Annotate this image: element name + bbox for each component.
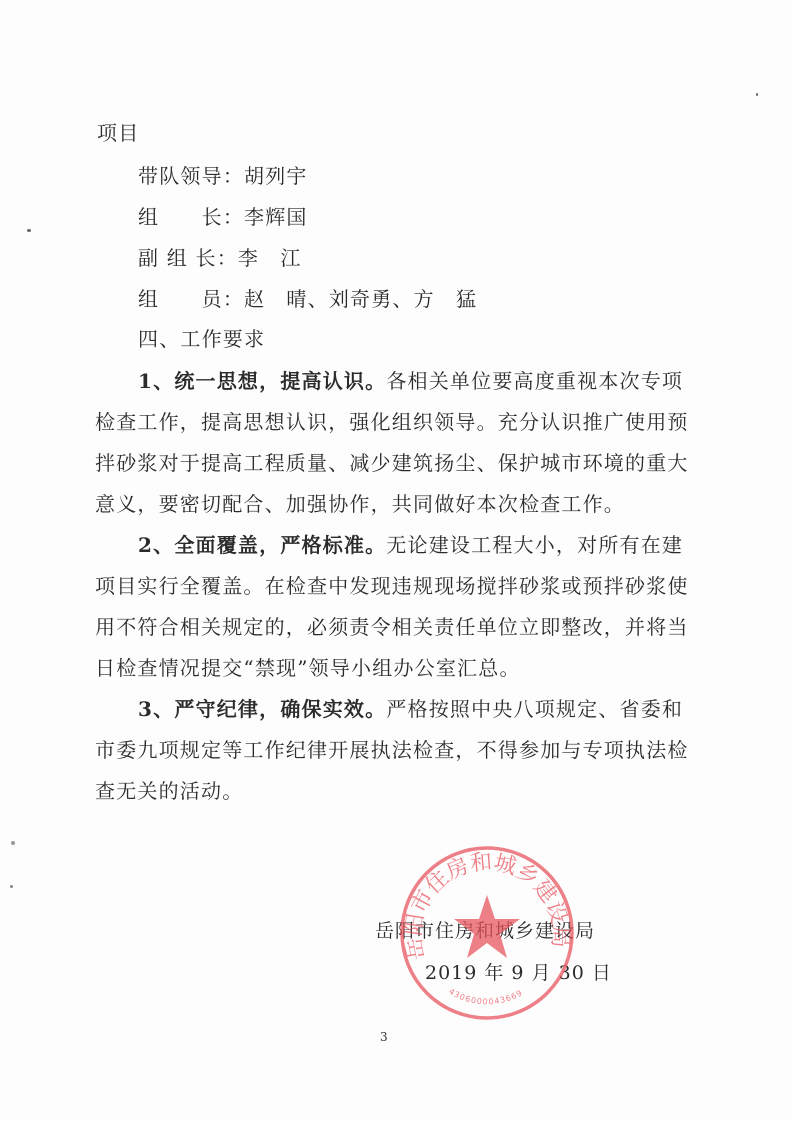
- requirement-3-line: 查无关的活动。: [95, 779, 243, 803]
- requirement-2-line: 项目实行全覆盖。在检查中发现违规现场搅拌砂浆或预拌砂浆使: [95, 574, 689, 598]
- requirement-3-line: 市委九项规定等工作纪律开展执法检查，不得参加与专项执法检: [95, 738, 689, 762]
- signature-organization: 岳阳市住房和城乡建设局: [375, 919, 595, 943]
- team-role: 组 员: [138, 287, 223, 311]
- requirement-title: 3、严守纪律，确保实效。: [138, 697, 386, 721]
- team-sep: ：: [223, 205, 244, 229]
- continuation-text: 项目: [97, 121, 139, 145]
- requirement-1-first-line: 1、统一思想，提高认识。各相关单位要高度重视本次专项: [138, 369, 683, 393]
- team-row-deputy: 副 组 长：李 江: [138, 246, 302, 270]
- team-row-head: 组 长：李辉国: [138, 205, 308, 229]
- requirement-title: 2、全面覆盖，严格标准。: [138, 533, 386, 557]
- stamp-ring-text: 岳阳市住房和城乡建设局: [401, 850, 572, 962]
- team-names: 李 江: [238, 246, 302, 270]
- requirement-text: 无论建设工程大小，对所有在建: [386, 533, 683, 557]
- scan-speck: [756, 93, 758, 96]
- team-role: 带队领导: [138, 164, 223, 188]
- requirement-2-line: 用不符合相关规定的，必须责令相关责任单位立即整改，并将当: [95, 615, 689, 639]
- page-number: 3: [380, 1030, 388, 1044]
- requirement-text: 各相关单位要高度重视本次专项: [386, 369, 683, 393]
- requirement-2-first-line: 2、全面覆盖，严格标准。无论建设工程大小，对所有在建: [138, 533, 683, 557]
- team-role: 组 长: [138, 205, 223, 229]
- team-names: 赵 晴、刘奇勇、方 猛: [244, 287, 477, 311]
- requirement-title: 1、统一思想，提高认识。: [138, 369, 386, 393]
- document-page: 项目 带队领导：胡列宇 组 长：李辉国 副 组 长：李 江 组 员：赵 晴、刘奇…: [0, 0, 793, 1121]
- signature-date: 2019 年 9 月 30 日: [425, 961, 612, 985]
- requirement-1-line: 意义，要密切配合、加强协作，共同做好本次检查工作。: [95, 492, 625, 516]
- requirement-1-line: 拌砂浆对于提高工程质量、减少建筑扬尘、保护城市环境的重大: [95, 451, 689, 475]
- scan-speck: [11, 841, 15, 845]
- requirement-3-first-line: 3、严守纪律，确保实效。严格按照中央八项规定、省委和: [138, 697, 683, 721]
- scan-speck: [27, 229, 31, 232]
- team-names: 胡列宇: [244, 164, 308, 188]
- requirement-2-line: 日检查情况提交“禁现”领导小组办公室汇总。: [95, 656, 521, 680]
- scan-speck: [10, 885, 13, 888]
- stamp-serial: 4306000043669: [447, 987, 524, 1007]
- team-role: 副 组 长: [138, 246, 217, 270]
- requirement-text: 严格按照中央八项规定、省委和: [386, 697, 683, 721]
- team-sep: ：: [223, 164, 244, 188]
- team-sep: ：: [217, 246, 238, 270]
- team-sep: ：: [223, 287, 244, 311]
- team-row-leader: 带队领导：胡列宇: [138, 164, 308, 188]
- team-names: 李辉国: [244, 205, 308, 229]
- requirement-1-line: 检查工作，提高思想认识，强化组织领导。充分认识推广使用预: [95, 410, 689, 434]
- section-heading: 四、工作要求: [138, 327, 265, 351]
- team-row-members: 组 员：赵 晴、刘奇勇、方 猛: [138, 287, 477, 311]
